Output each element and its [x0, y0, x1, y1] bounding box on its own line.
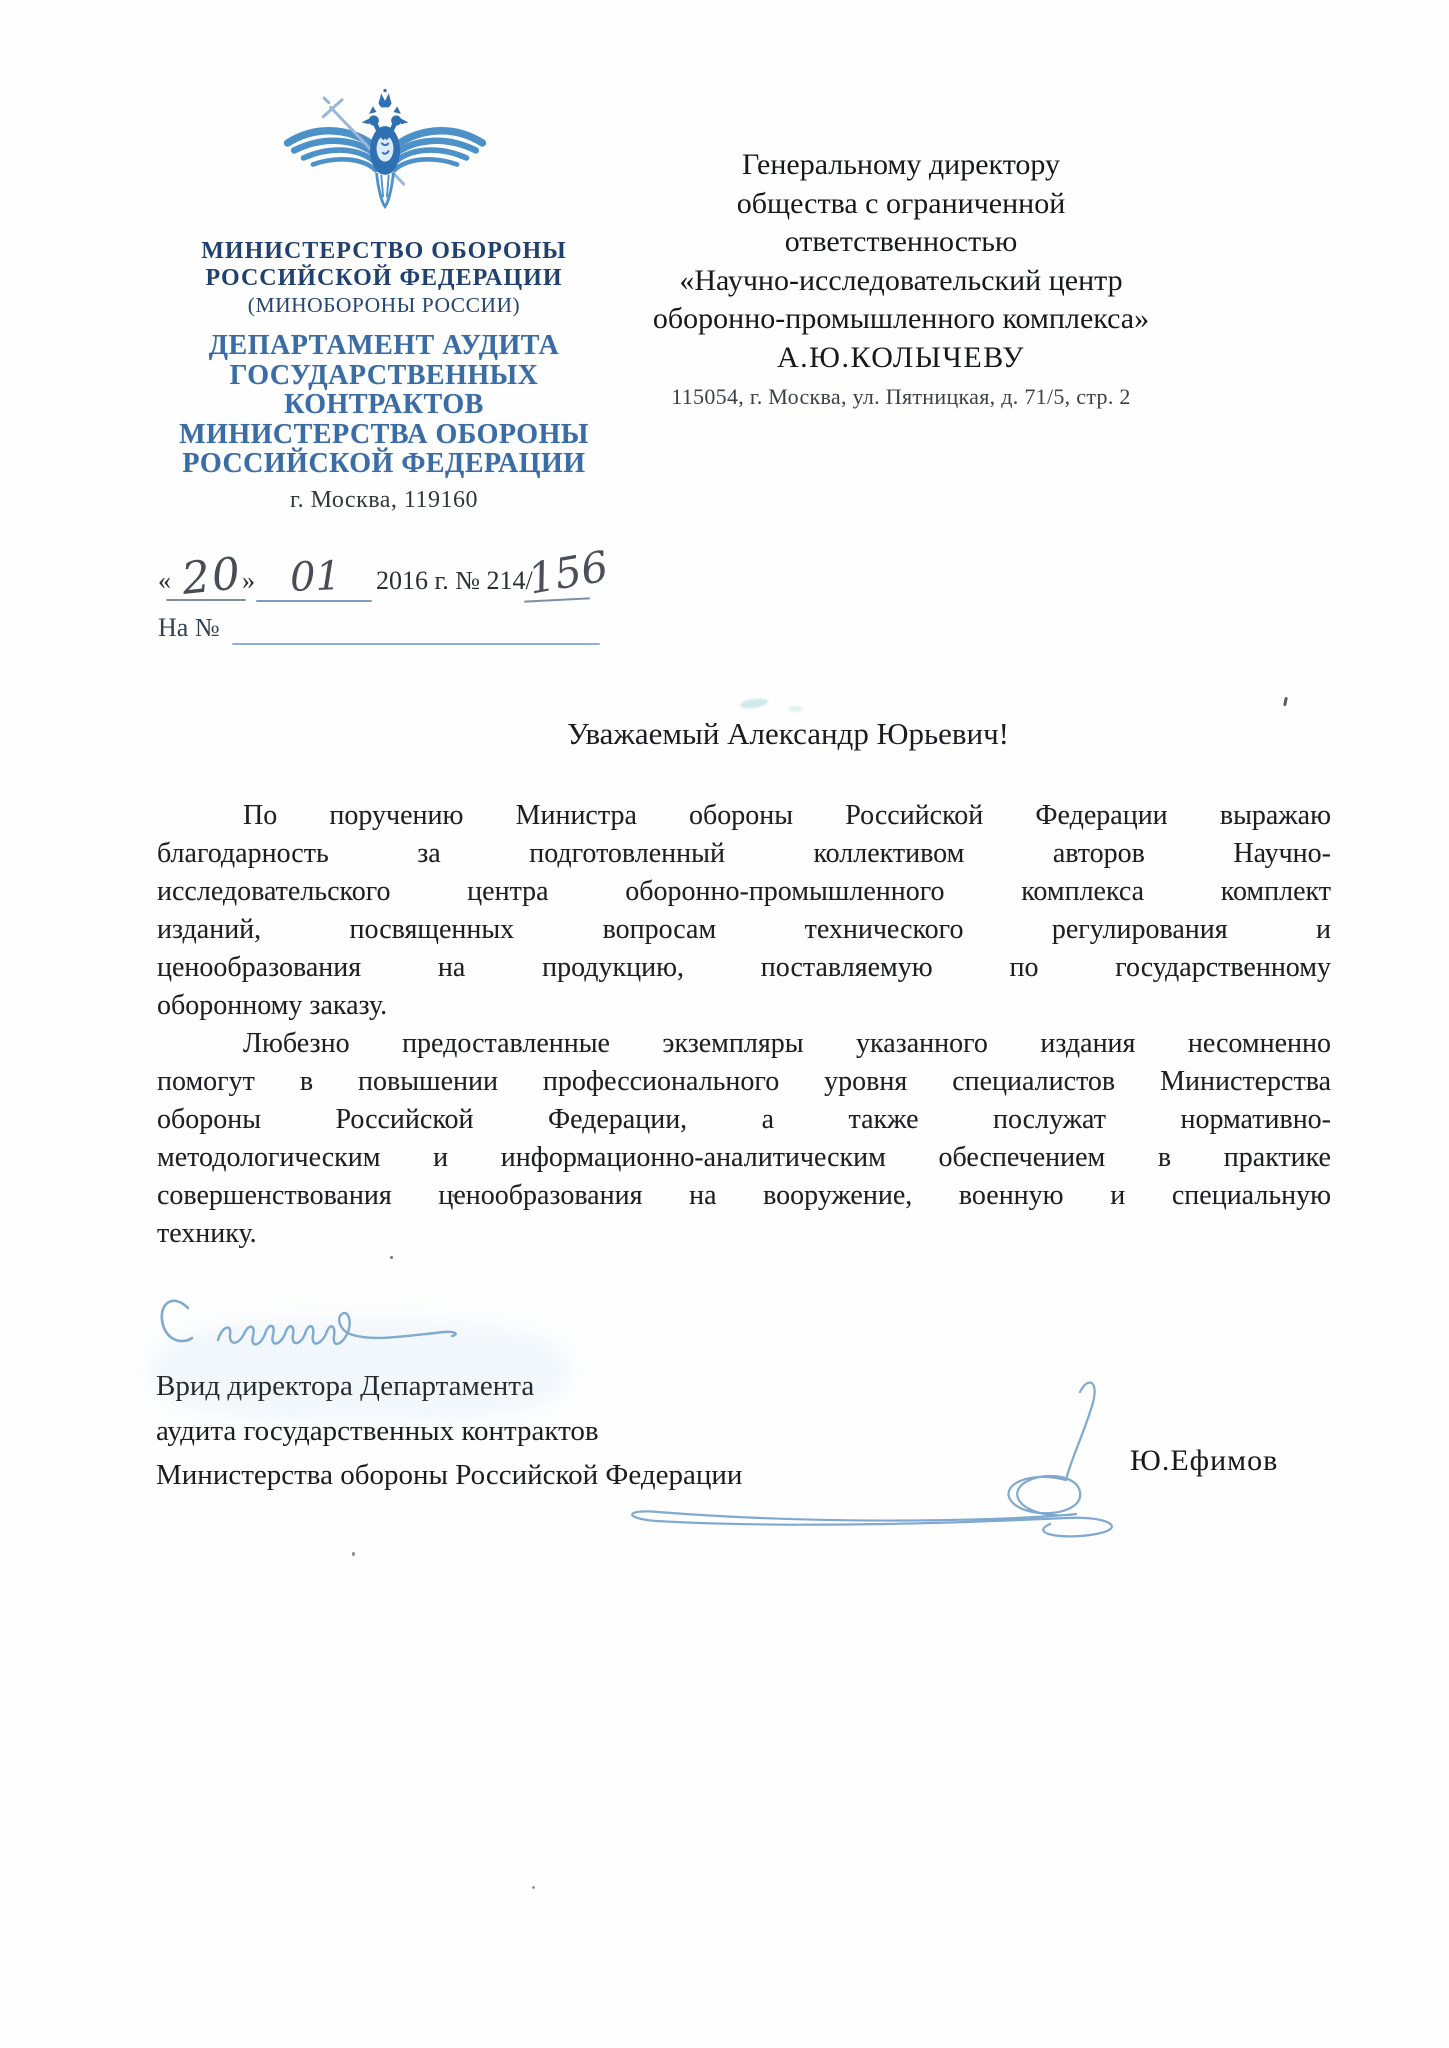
body-line: обороны Российской Федерации, а также по… [157, 1101, 1331, 1139]
scan-speck [452, 1194, 455, 1197]
scan-speck [1283, 697, 1288, 706]
reference-number-typed: 2016 г. № 214/ [376, 566, 533, 596]
scanned-letter-page: МИНИСТЕРСТВО ОБОРОНЫ РОССИЙСКОЙ ФЕДЕРАЦИ… [0, 0, 1449, 2048]
recipient-name: А.Ю.КОЛЫЧЕВУ [618, 339, 1184, 378]
body-line: оборонному заказу. [157, 987, 1331, 1025]
department-line: МИНИСТЕРСТВА ОБОРОНЫ [128, 420, 640, 450]
recipient-line: общества с ограниченной ответственностью [618, 185, 1184, 262]
date-open-quote: « [158, 566, 171, 596]
recipient-line: «Научно-исследовательский центр [618, 262, 1184, 301]
department-line: ДЕПАРТАМЕНТ АУДИТА [128, 331, 640, 361]
body-line: благодарность за подготовленный коллекти… [157, 835, 1331, 873]
body-line: методологическим и информационно-аналити… [157, 1139, 1331, 1177]
mod-double-eagle-emblem-icon [282, 86, 488, 228]
body-line: Любезно предоставленные экземпляры указа… [157, 1025, 1331, 1063]
body-line: изданий, посвященных вопросам техническо… [157, 911, 1331, 949]
recipient-block: Генеральному директору общества с ограни… [618, 146, 1184, 377]
ministry-line: МИНИСТЕРСТВО ОБОРОНЫ [128, 238, 640, 265]
scan-speck [390, 1256, 393, 1259]
date-close-quote: » [242, 566, 255, 596]
body-line: По поручению Министра обороны Российской… [157, 797, 1331, 835]
department-line: РОССИЙСКОЙ ФЕДЕРАЦИИ [128, 449, 640, 479]
recipient-address: 115054, г. Москва, ул. Пятницкая, д. 71/… [618, 384, 1184, 410]
letterhead-ministry: МИНИСТЕРСТВО ОБОРОНЫ РОССИЙСКОЙ ФЕДЕРАЦИ… [128, 238, 640, 318]
reply-to-underline [232, 643, 600, 645]
recipient-line: оборонно-промышленного комплекса» [618, 300, 1184, 339]
letterhead-city-postcode: г. Москва, 119160 [128, 487, 640, 514]
body-line: помогут в повышении профессионального ур… [157, 1063, 1331, 1101]
letter-body: По поручению Министра обороны Российской… [157, 797, 1331, 1253]
body-line: технику. [157, 1215, 1331, 1253]
signer-name: Ю.Ефимов [1130, 1444, 1278, 1478]
handwritten-outgoing-number: 156 [524, 541, 611, 603]
recipient-line: Генеральному директору [618, 146, 1184, 185]
signature-scribble [598, 1378, 1143, 1553]
letterhead-department: ДЕПАРТАМЕНТ АУДИТА ГОСУДАРСТВЕННЫХ КОНТР… [128, 331, 640, 479]
handwritten-day: 20 [179, 548, 244, 605]
scan-smudge [740, 697, 769, 710]
body-line: ценообразования на продукцию, поставляем… [157, 949, 1331, 987]
handwritten-month: 01 [289, 553, 341, 601]
emblem-tail [377, 173, 394, 207]
day-underline [166, 599, 246, 601]
scan-speck [352, 1552, 355, 1556]
scan-speck [532, 1886, 535, 1889]
department-line: КОНТРАКТОВ [128, 390, 640, 420]
scan-smudge [788, 706, 802, 712]
ministry-short-name: (МИНОБОРОНЫ РОССИИ) [128, 292, 640, 318]
salutation: Уважаемый Александр Юрьевич! [157, 716, 1331, 752]
department-line: ГОСУДАРСТВЕННЫХ [128, 361, 640, 391]
reply-to-label: На № [158, 613, 220, 643]
ministry-line: РОССИЙСКОЙ ФЕДЕРАЦИИ [128, 265, 640, 292]
body-line: совершенствования ценообразования на воо… [157, 1177, 1331, 1215]
month-underline [256, 600, 372, 602]
scan-ink-bleed [150, 1318, 570, 1423]
body-line: исследовательского центра оборонно-промы… [157, 873, 1331, 911]
